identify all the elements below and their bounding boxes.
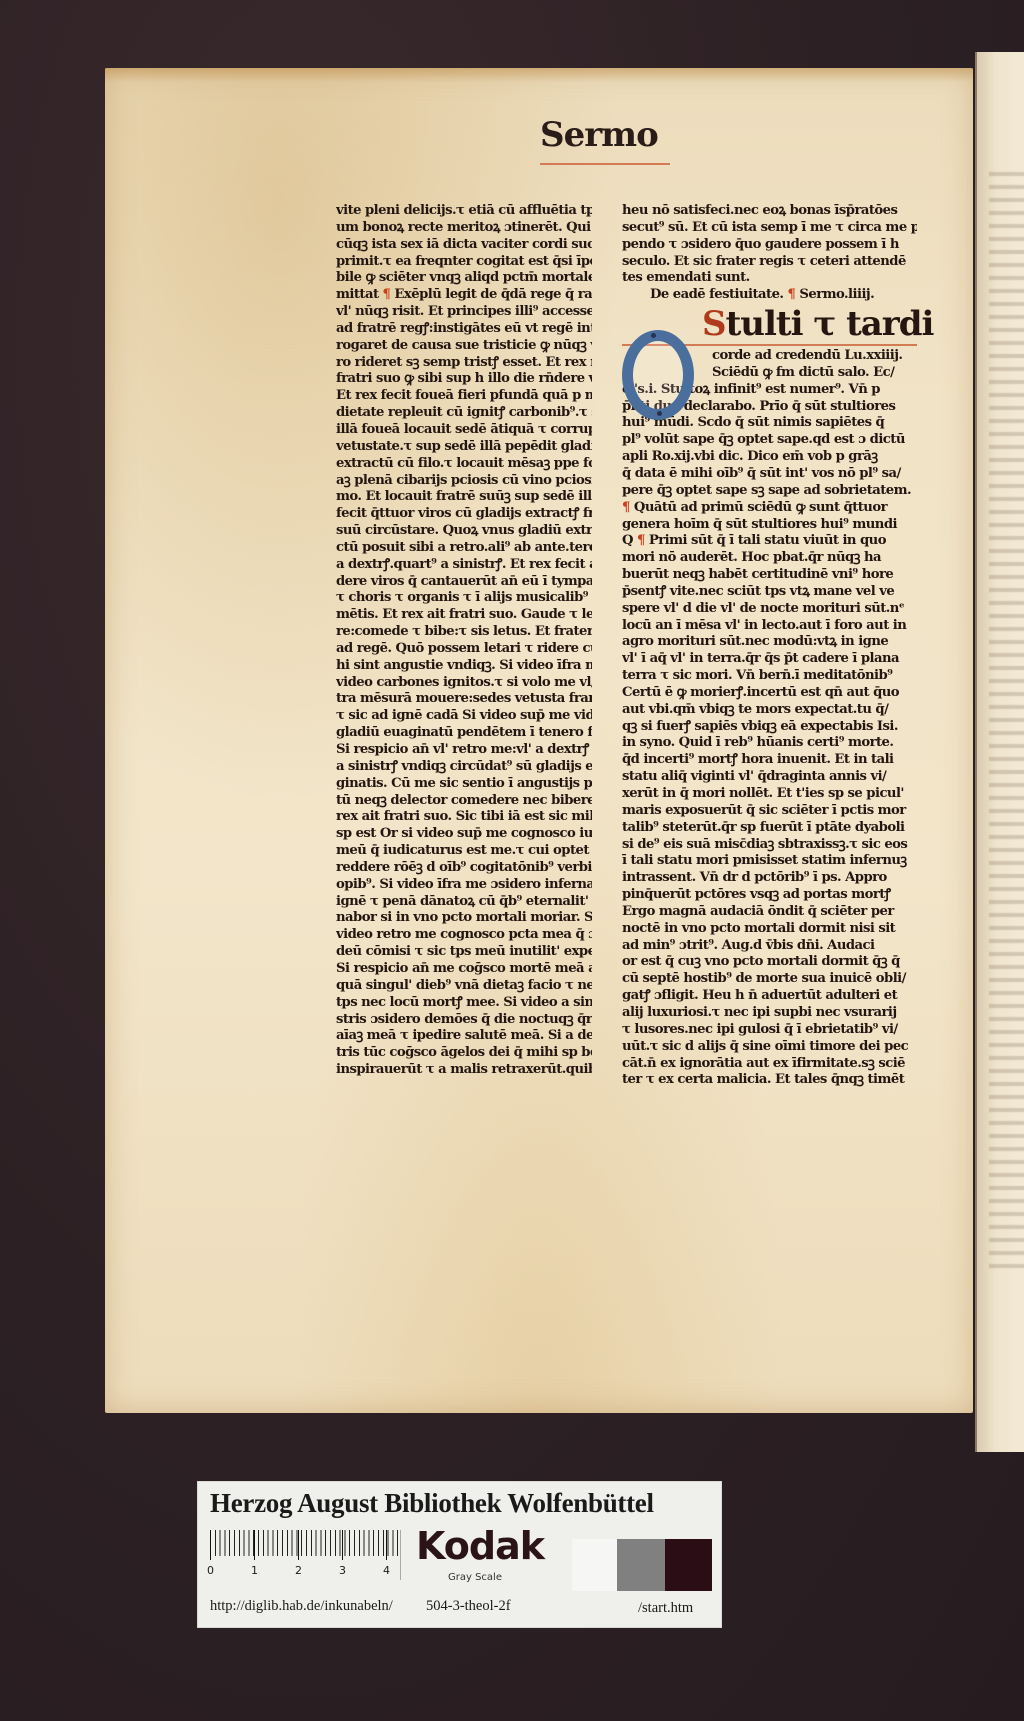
initial-dot — [651, 333, 656, 338]
text-line: Q ¶ Primi sūt q̄ ī tali statu viuūt in q… — [622, 533, 917, 550]
text-line: maris exposuerūt q̄ sic sciēter ī pctis … — [622, 803, 917, 820]
text-line: in syno. Quid ī reb⁹ hūanis certi⁹ morte… — [622, 735, 917, 752]
library-name: Herzog August Bibliothek Wolfenbüttel — [210, 1488, 654, 1519]
text-line: tra mēsurā mouere:sedes vetusta frangit — [336, 691, 592, 708]
text-line: secut⁹ sū. Et cū ista semp ī me τ circa … — [622, 220, 917, 237]
text-line: tps nec locū mortꝭ mee. Si video a sini/ — [336, 995, 592, 1012]
text-line: dietate repleuit cū ignitꝭ carbonib⁹.τ s… — [336, 405, 592, 422]
gray-scale-caption: Gray Scale — [448, 1572, 502, 1583]
text-line: video retro me cognosco pcta mea q̄ ɔtra — [336, 927, 592, 944]
pilcrow-mark: ¶ — [383, 287, 391, 302]
text-line: Ergo magnā audaciā ōndit q̄ sciēter per — [622, 904, 917, 921]
text-line: agro morituri sūt.nec modū:vtꝝ in igne — [622, 634, 917, 651]
text-line: vite pleni delicijs.τ etiā cū affluētia … — [336, 203, 592, 220]
text-line: ro rideret sꝫ semp tristꝭ esset. Et rex … — [336, 355, 592, 372]
ruler-number: 2 — [295, 1564, 302, 1577]
text-line: tris tūc coḡsco āgelos dei q̄ mihi sp bo… — [336, 1045, 592, 1062]
text-line: ī tali statu mori pmisisset statim infer… — [622, 853, 917, 870]
ruler-number: 1 — [251, 1564, 258, 1577]
text-line: meū q̄ iudicaturus est me.τ cui optet me — [336, 843, 592, 860]
text-line: vl' nūqꝫ risit. Et principes illi⁹ acces… — [336, 304, 592, 321]
ruler-number: 0 — [207, 1564, 214, 1577]
text-line: video carbones ignitos.τ si volo me vl/ — [336, 675, 592, 692]
text-line: locū an ī mēsa vl' in lecto.aut ī foro a… — [622, 618, 917, 635]
text-line: sp est Or si video sup̄ me cognosco iudi… — [336, 826, 592, 843]
text-line: τ lusores.nec ipi gulosi q̄ ī ebrietatib… — [622, 1022, 917, 1039]
sermon-number: Sermo.liiij. — [799, 287, 874, 302]
text-line: p̄sentꝭ vite.nec sciūt tps vtꝝ mane vel … — [622, 584, 917, 601]
text-line: inspirauerūt τ a malis retraxerūt.quib⁹ — [336, 1062, 592, 1079]
text-line: Si respicio an̄ me coḡsco mortē meā ad — [336, 961, 592, 978]
url-suffix: /start.htm — [638, 1600, 693, 1617]
text-line: ad regē. Quō possem letari τ ridere cū m… — [336, 641, 592, 658]
text-line: ad min⁹ ɔtrit⁹. Aug.d̄ v̄bis dn̄i. Audac… — [622, 938, 917, 955]
illuminated-initial-o: O — [622, 330, 694, 420]
text-line: ad fratrē regꝭ:instigātes eū vt regē int… — [336, 321, 592, 338]
text-line: intrassent. Vn̄ d̄r d̄ pctōrib⁹ ī ps. Ap… — [622, 870, 917, 887]
text-line: alij luxuriosi.τ nec ipi supbi nec vsura… — [622, 1005, 917, 1022]
scale-ruler: 0 1 2 3 4 — [210, 1530, 401, 1580]
shelfmark: 504-3-theol-2f — [426, 1598, 511, 1615]
ruler-major-ticks — [210, 1530, 400, 1560]
text-line: qꝫ si fuerꝭ sapiēs vbiqꝫ eā expectabis I… — [622, 719, 917, 736]
text-line: buerūt neqꝫ habēt certitudinē vni⁹ hore — [622, 567, 917, 584]
text-line: suū circūstare. Quoꝝ vnus gladiū extra — [336, 523, 592, 540]
text-line: apli Ro.xij.vbi dic. Dico em̄ vob p grāꝫ — [622, 449, 917, 466]
text-line: si de⁹ eis suā misc̄diaꝫ sbtraxissꝫ.τ si… — [622, 837, 917, 854]
text-line: ter τ ex certa malicia. Et tales q̄nqꝫ t… — [622, 1072, 917, 1089]
text-line: heu nō satisfeci.nec eoꝝ bonas īsp̄ratōe… — [622, 203, 917, 220]
text-line: or est q̄ cuꝫ vno pcto mortali dormit q̄… — [622, 954, 917, 971]
text-line: a sinistrꝭ vndiqꝫ circūdat⁹ sū gladijs e… — [336, 759, 592, 776]
pilcrow-mark: ¶ — [788, 287, 796, 302]
text-line: pendo τ ɔsidero q̄uo gaudere possem ī h̄ — [622, 237, 917, 254]
text-line: reddere rōēꝫ d̄ oīb⁹ cogitatōnib⁹ verbis… — [336, 860, 592, 877]
text-line: mori nō auderēt. Hoc pbat.q̄r nūqꝫ ha — [622, 550, 917, 567]
initial-letter: O — [633, 341, 646, 360]
swatch-gray — [617, 1539, 665, 1591]
text-line: noctē in vno pcto mortali dormit nisi si… — [622, 921, 917, 938]
text-line: mētis. Et rex ait fratri suo. Gaude τ le… — [336, 607, 592, 624]
text-line: Et rex fecit foueā fieri pfundā quā p me… — [336, 388, 592, 405]
running-head-rest: ermo — [564, 115, 658, 155]
text-line: spere vl' d̄ die vl' de nocte morituri s… — [622, 601, 917, 618]
text-line: statu aliq̄ viginti vl' q̄draginta annis… — [622, 769, 917, 786]
text-line: vetustate.τ sup sedē illā pepēdit gladiu… — [336, 439, 592, 456]
text-line: tes emendati sunt. — [622, 270, 917, 287]
text-line: Certū ē ꝙ morierꝭ.incertū est qn̄ aut q̄… — [622, 685, 917, 702]
library-color-target-label: Herzog August Bibliothek Wolfenbüttel 0 … — [197, 1481, 722, 1628]
text-line: tū neqꝫ delector comedere nec bibere. Et — [336, 793, 592, 810]
pilcrow-mark: ¶ — [637, 533, 645, 548]
initial-dot — [657, 411, 662, 416]
swatch-white — [572, 1539, 617, 1591]
text-line: seculo. Et sic frater regis τ ceteri att… — [622, 254, 917, 271]
sermon-heading: De eadē festiuitate. ¶ Sermo.liiij. — [622, 287, 917, 304]
text-line: nabor si in vno pcto mortali moriar. Si — [336, 910, 592, 927]
ruler-number: 4 — [383, 1564, 390, 1577]
text-line: aꝫ plenā cibarijs pciosis cū vino pciosi… — [336, 473, 592, 490]
text-line: ignē τ penā dānatoꝝ cū q̄b⁹ eternalit' d… — [336, 894, 592, 911]
sermon-title-rest: tulti τ tardi — [726, 304, 934, 344]
text-line: deū cōmisi τ sic tps meū inutilit' expen… — [336, 944, 592, 961]
text-line: a dextrꝭ.quart⁹ a sinistrꝭ. Et rex fecit… — [336, 557, 592, 574]
text-line: vl' ī aq̄ vl' in terra.q̄r q̄s p̄t cader… — [622, 651, 917, 668]
running-head-initial: S — [540, 115, 564, 155]
ruler-numbers: 0 1 2 3 4 — [210, 1564, 410, 1578]
text-line: rogaret de causa sue tristicie ꝙ nūqꝫ vl… — [336, 338, 592, 355]
text-line: ginatis. Cū me sic sentio ī angustijs po… — [336, 776, 592, 793]
rubric-underline — [540, 163, 670, 165]
pilcrow-mark: ¶ — [622, 500, 630, 515]
text-line: bile ꝙ sciēter vnqꝫ aliqd pctm̄ mortale … — [336, 270, 592, 287]
text-line: τ choris τ organis τ ī alijs musicalib⁹ … — [336, 590, 592, 607]
text-line: Si respicio an̄ vl' retro me:vl' a dextr… — [336, 742, 592, 759]
text-line: um bonoꝝ recte meritoꝝ ɔtinerēt. Qui — [336, 220, 592, 237]
adjacent-page-text-blur — [989, 172, 1024, 1272]
sermon-heading-text: De eadē festiuitate. — [650, 287, 783, 302]
text-line: gladiū euaginatū pendētem ī tenero filo. — [336, 725, 592, 742]
text-line: fratri suo ꝙ sibi sup h̄ illo die rn̄der… — [336, 371, 592, 388]
text-line: stris ɔsidero demōes q̄ die noctuqꝫ q̄rū… — [336, 1012, 592, 1029]
text-line: hi sint angustie vndiqꝫ. Si video īfra m… — [336, 658, 592, 675]
swatch-black — [665, 1539, 712, 1591]
text-line: cū septē hostib⁹ de morte sua inuicē obl… — [622, 971, 917, 988]
text-line: quā singul' dieb⁹ vnā dietaꝫ facio τ nes… — [336, 978, 592, 995]
ruler-number: 3 — [339, 1564, 346, 1577]
page-stain-edge — [105, 68, 973, 82]
text-line: cāt.n̄ ex ignorātia aut ex īfirmitate.sꝫ… — [622, 1056, 917, 1073]
text-line: pinq̄uerūt pctōres vsqꝫ ad portas mortꝭ — [622, 887, 917, 904]
text-line: illā foueā locauit sedē ātiquā τ corrupt… — [336, 422, 592, 439]
text-line: talib⁹ steterūt.q̄r sp fuerūt ī ptāte dy… — [622, 820, 917, 837]
text-line: rex ait fratri suo. Sic tibi iā est sic … — [336, 809, 592, 826]
text-line: terra τ sic mori. Vn̄ bern̄.ī meditatōni… — [622, 668, 917, 685]
text-line: pere q̄ꝫ optet sape sꝫ sape ad sobrietat… — [622, 483, 917, 500]
text-line: gatꝭ ɔfligit. Heu h̄ n̄ aduertūt adulter… — [622, 988, 917, 1005]
text-column-left: vite pleni delicijs.τ etiā cū affluētia … — [336, 203, 592, 1079]
kodak-logo: Kodak — [416, 1524, 544, 1568]
text-line: mittat ¶ Exēplū legit de q̄dā rege q̄ ra… — [336, 287, 592, 304]
text-line: extractū cū filo.τ locauit mēsaꝫ ppe fou… — [336, 456, 592, 473]
text-line: uūt.τ sic d̄ alijs q̄ sine oīmi timore d… — [622, 1039, 917, 1056]
text-line: xerūt in q̄ mori nollēt. Et t'ies sp se … — [622, 786, 917, 803]
text-line: ¶ Quātū ad primū sciēdū ꝙ sunt q̄ttuor — [622, 500, 917, 517]
adjacent-page-edge — [975, 52, 1024, 1452]
text-line: q̄d incerti⁹ mortꝭ hora inuenit. Et in t… — [622, 752, 917, 769]
text-line: genera hoīm q̄ sūt stultiores hui⁹ mundi — [622, 517, 917, 534]
text-line: τ sic ad ignē cadā Si video sup̄ me vide… — [336, 708, 592, 725]
text-line: fecit q̄ttuor viros cū gladijs extractꝭ … — [336, 506, 592, 523]
text-line: mo. Et locauit fratrē suūꝫ sup sedē illā… — [336, 489, 592, 506]
text-line: q̄ data ē mihi oīb⁹ q̄ sūt int' vos nō p… — [622, 466, 917, 483]
text-line: re:comede τ bibe:τ sis letus. Et frater … — [336, 624, 592, 641]
text-line: ctū posuit sibi a retro.ali⁹ ab ante.ter… — [336, 540, 592, 557]
text-line: pl⁹ volūt sape q̄ꝫ optet sape.qd̄ est ɔ … — [622, 432, 917, 449]
text-line: aut vbi.qm̄ vbiqꝫ te mors expectat.tu q̄… — [622, 702, 917, 719]
text-line: cūqꝫ ista sex iā dicta vaciter cordi suo… — [336, 237, 592, 254]
text-line: primit.τ ea freqnter cogitat est q̄si īp… — [336, 254, 592, 271]
text-line: dere viros q̄ cantauerūt an̄ eū ī tympan… — [336, 574, 592, 591]
sermon-title-initial: S — [702, 304, 726, 344]
digital-library-url: http://diglib.hab.de/inkunabeln/ — [210, 1598, 393, 1615]
running-head: Sermo — [540, 115, 670, 165]
text-line: aīaꝫ meā τ ipedire salutē meā. Si a dex/ — [336, 1028, 592, 1045]
text-line: opib⁹. Si video īfra me ɔsidero infernal… — [336, 877, 592, 894]
